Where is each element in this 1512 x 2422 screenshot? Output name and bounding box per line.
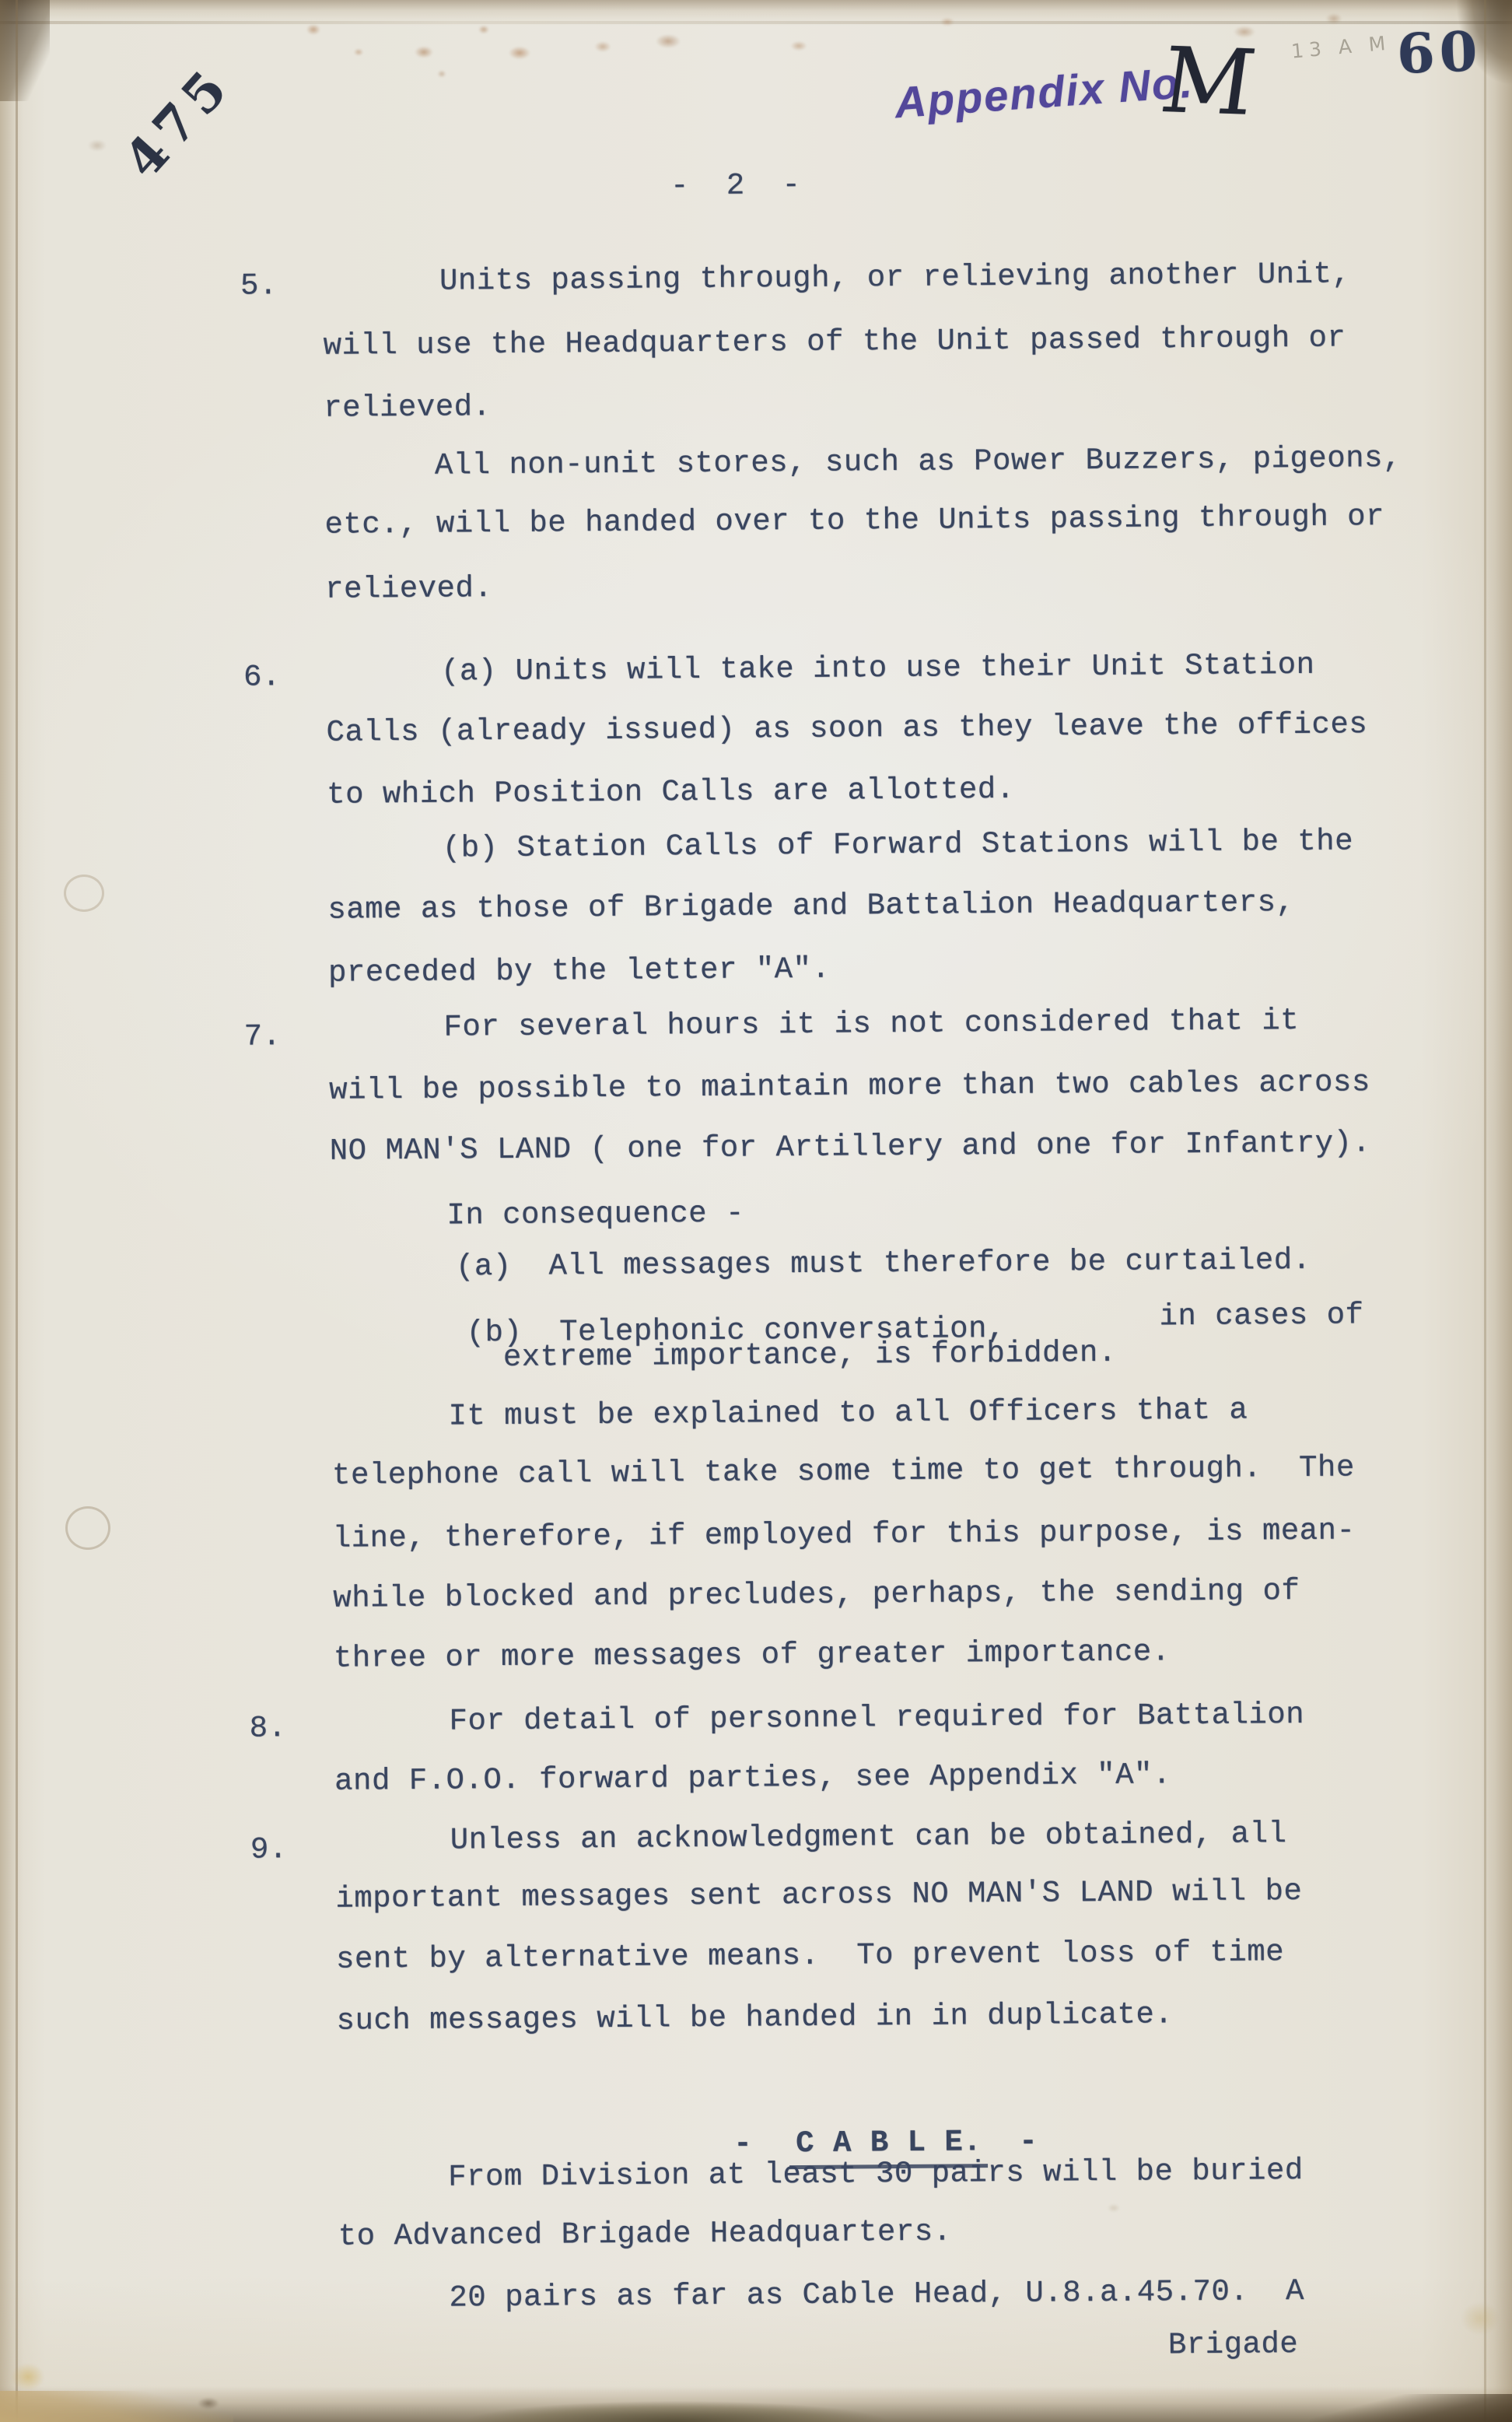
typewritten-line: in cases of xyxy=(1159,1299,1363,1334)
typewritten-line: three or more messages of greater import… xyxy=(334,1635,1171,1675)
typewritten-line: NO MAN'S LAND ( one for Artillery and on… xyxy=(330,1127,1371,1168)
typewritten-line: relieved. xyxy=(325,572,492,607)
typewritten-line: such messages will be handed in in dupli… xyxy=(336,1998,1173,2038)
typewritten-line: same as those of Brigade and Battalion H… xyxy=(327,886,1294,927)
catchword: Brigade xyxy=(1168,2328,1299,2362)
paragraph-number: 9. xyxy=(250,1833,288,1866)
typewritten-line: will use the Headquarters of the Unit pa… xyxy=(324,321,1346,363)
typewritten-line: All non-unit stores, such as Power Buzze… xyxy=(435,442,1402,483)
typewritten-line: Unless an acknowledgment can be obtained… xyxy=(450,1817,1287,1857)
typewritten-line: It must be explained to all Officers tha… xyxy=(448,1393,1248,1433)
typewritten-line: preceded by the letter "A". xyxy=(328,953,831,990)
typewritten-line: and F.O.O. forward parties, see Appendix… xyxy=(334,1758,1171,1798)
typewritten-line: etc., will be handed over to the Units p… xyxy=(324,500,1384,542)
typewritten-line: 20 pairs as far as Cable Head, U.8.a.45.… xyxy=(449,2275,1304,2315)
typewritten-line: (b) Station Calls of Forward Stations wi… xyxy=(443,825,1354,865)
page-number: - 2 - xyxy=(670,169,801,203)
typewritten-line: telephone call will take some time to ge… xyxy=(332,1451,1355,1492)
typewritten-line: For detail of personnel required for Bat… xyxy=(449,1698,1304,1739)
typewritten-line: (a) Units will take into use their Unit … xyxy=(441,649,1315,689)
typewritten-line: relieved. xyxy=(324,391,491,426)
typewritten-body: - 2 - 5. Units passing through, or relie… xyxy=(0,0,1512,2422)
typewritten-line: will be possible to maintain more than t… xyxy=(329,1066,1370,1107)
typewritten-line: For several hours it is not considered t… xyxy=(443,1004,1299,1045)
typewritten-line: (a) All messages must therefore be curta… xyxy=(456,1244,1311,1285)
paragraph-number: 7. xyxy=(244,1020,282,1053)
typewritten-line: to which Position Calls are allotted. xyxy=(327,773,1015,812)
typewritten-line: Units passing through, or relieving anot… xyxy=(439,258,1351,298)
typewritten-line: extreme importance, is forbidden. xyxy=(503,1337,1117,1375)
typewritten-line: line, therefore, if employed for this pu… xyxy=(333,1514,1356,1555)
typewritten-line: sent by alternative means. To prevent lo… xyxy=(336,1936,1284,1976)
paragraph-number: 6. xyxy=(243,661,281,694)
heading-dash: - xyxy=(733,2126,752,2161)
typewritten-line: Calls (already issued) as soon as they l… xyxy=(326,708,1367,749)
typewritten-line: In consequence - xyxy=(446,1197,744,1233)
heading-dash: - xyxy=(1019,2125,1038,2159)
typewritten-line: important messages sent across NO MAN'S … xyxy=(335,1875,1302,1916)
typewritten-line: to Advanced Brigade Headquarters. xyxy=(338,2216,952,2254)
paragraph-number: 8. xyxy=(249,1712,286,1745)
typewritten-line: From Division at least 30 pairs will be … xyxy=(448,2154,1304,2195)
paragraph-number: 5. xyxy=(240,269,278,303)
typewritten-line: while blocked and precludes, perhaps, th… xyxy=(333,1575,1300,1616)
scanned-document-page: 475 Appendix No. M 13 A M 60 - 2 - 5. Un… xyxy=(0,0,1512,2422)
